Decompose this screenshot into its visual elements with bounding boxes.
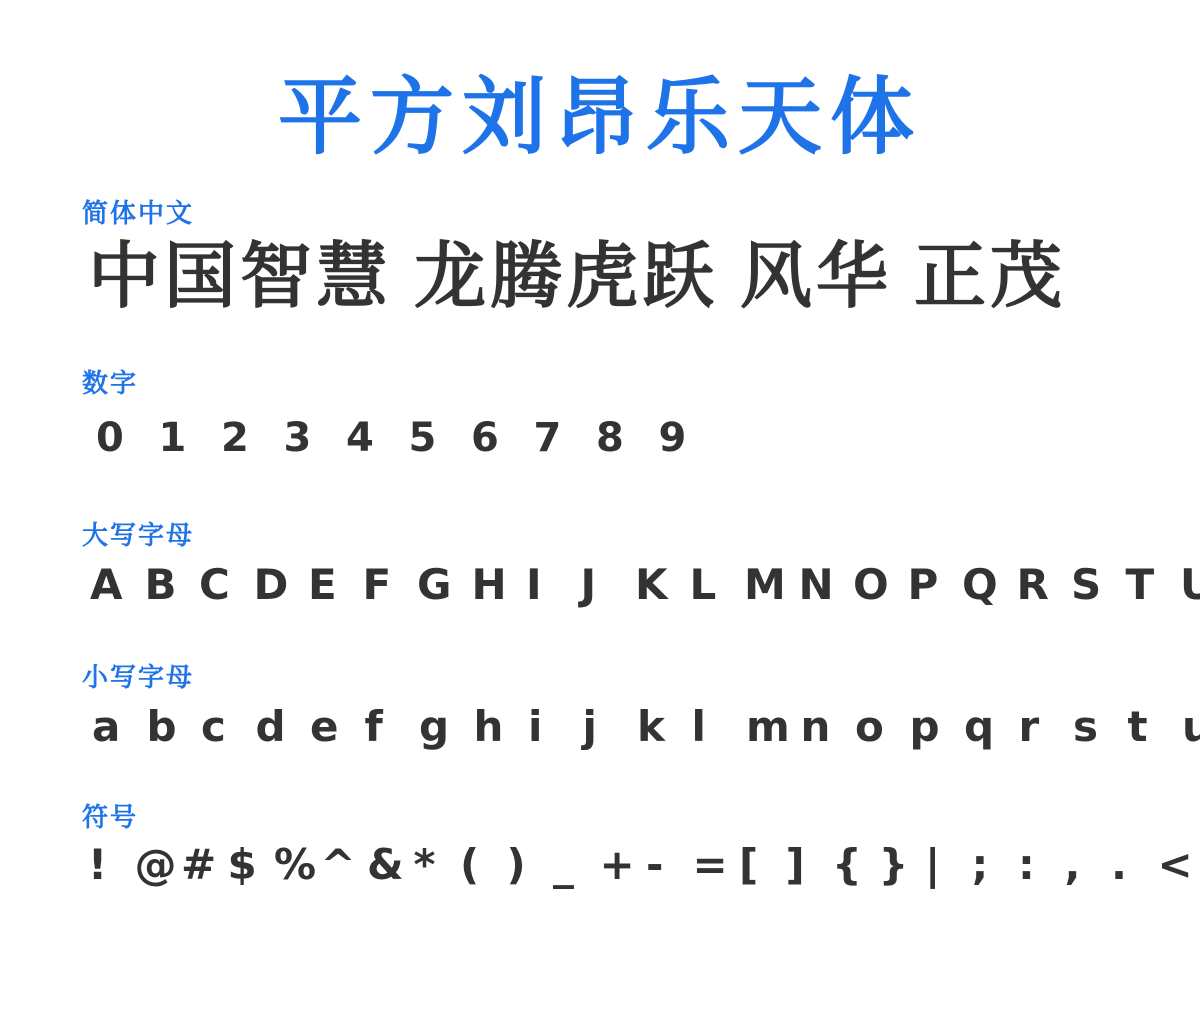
section-label-lowercase: 小写字母 [82, 662, 194, 694]
glyph-sample: # [181, 836, 228, 894]
glyph-sample: I [524, 558, 579, 612]
glyph-sample: i [524, 698, 579, 756]
section-label-uppercase: 大写字母 [82, 520, 194, 552]
glyph-sample: J [579, 558, 634, 612]
glyph-sample: < [1158, 836, 1200, 894]
glyph-sample: n [797, 698, 852, 756]
chinese-word: 龙腾虎跃 [414, 228, 718, 324]
glyph-sample: o [851, 698, 906, 756]
glyph-sample: E [306, 558, 361, 612]
glyph-sample: p [906, 698, 961, 756]
glyph-sample: j [579, 698, 634, 756]
section-label-symbols: 符号 [82, 802, 138, 834]
glyph-sample: { [832, 836, 879, 894]
chinese-sample-row: 中国智慧 龙腾虎跃 风华 正茂 [88, 228, 1088, 324]
glyph-sample: q [960, 698, 1015, 756]
glyph-sample: ! [88, 836, 135, 894]
glyph-sample: m [742, 698, 797, 756]
glyph-sample: ] [786, 836, 833, 894]
glyph-sample: & [367, 836, 414, 894]
glyph-sample: [ [739, 836, 786, 894]
glyph-sample: = [693, 836, 740, 894]
glyph-sample: 1 [151, 410, 214, 466]
glyph-sample: 9 [651, 410, 714, 466]
glyph-sample: l [688, 698, 743, 756]
glyph-sample: * [414, 836, 461, 894]
glyph-sample: R [1015, 558, 1070, 612]
glyph-sample: $ [228, 836, 275, 894]
glyph-sample: 3 [276, 410, 339, 466]
glyph-sample: H [470, 558, 525, 612]
glyph-sample: t [1124, 698, 1179, 756]
glyph-sample: : [1018, 836, 1065, 894]
glyph-sample: u [1178, 698, 1200, 756]
glyph-sample: . [1111, 836, 1158, 894]
chinese-word: 中国智慧 [88, 228, 392, 324]
glyph-sample: d [252, 698, 307, 756]
glyph-sample: ^ [321, 836, 368, 894]
glyph-sample: s [1069, 698, 1124, 756]
section-label-digits: 数字 [82, 368, 138, 400]
glyph-sample: A [88, 558, 143, 612]
glyph-sample: T [1124, 558, 1179, 612]
glyph-sample: e [306, 698, 361, 756]
glyph-sample: 0 [88, 410, 151, 466]
glyph-sample: 8 [588, 410, 651, 466]
glyph-sample: h [470, 698, 525, 756]
glyph-sample: f [361, 698, 416, 756]
uppercase-sample-row: ABCDEFGHIJKLMNOPQRSTU [88, 558, 1200, 612]
glyph-sample: 6 [463, 410, 526, 466]
glyph-sample: K [633, 558, 688, 612]
glyph-sample: g [415, 698, 470, 756]
glyph-sample: O [851, 558, 906, 612]
glyph-sample: r [1015, 698, 1070, 756]
chinese-word: 正茂 [914, 228, 1066, 324]
glyph-sample: } [879, 836, 926, 894]
glyph-sample: F [361, 558, 416, 612]
glyph-sample: a [88, 698, 143, 756]
lowercase-sample-row: abcdefghijklmnopqrstu [88, 698, 1200, 756]
glyph-sample: G [415, 558, 470, 612]
glyph-sample: P [906, 558, 961, 612]
glyph-sample: D [252, 558, 307, 612]
chinese-word: 风华 [740, 228, 892, 324]
glyph-sample: , [1065, 836, 1112, 894]
glyph-sample: k [633, 698, 688, 756]
symbol-sample-row: !@#$%^&*()_+-=[]{}|;:,.< [88, 836, 1200, 894]
section-label-chinese: 简体中文 [82, 198, 194, 230]
digit-sample-row: 0123456789 [88, 410, 713, 466]
glyph-sample: _ [553, 836, 600, 894]
glyph-sample: 7 [526, 410, 589, 466]
glyph-sample: % [274, 836, 321, 894]
glyph-sample: b [143, 698, 198, 756]
glyph-sample: c [197, 698, 252, 756]
glyph-sample: L [688, 558, 743, 612]
glyph-sample: Q [960, 558, 1015, 612]
glyph-sample: 4 [338, 410, 401, 466]
glyph-sample: ; [972, 836, 1019, 894]
glyph-sample: + [600, 836, 647, 894]
glyph-sample: N [797, 558, 852, 612]
glyph-sample: S [1069, 558, 1124, 612]
glyph-sample: C [197, 558, 252, 612]
glyph-sample: | [925, 836, 972, 894]
font-title: 平方刘昂乐天体 [0, 62, 1200, 172]
glyph-sample: U [1178, 558, 1200, 612]
glyph-sample: ) [507, 836, 554, 894]
glyph-sample: M [742, 558, 797, 612]
glyph-sample: @ [135, 836, 182, 894]
glyph-sample: ( [460, 836, 507, 894]
glyph-sample: 5 [401, 410, 464, 466]
glyph-sample: 2 [213, 410, 276, 466]
glyph-sample: - [646, 836, 693, 894]
glyph-sample: B [143, 558, 198, 612]
